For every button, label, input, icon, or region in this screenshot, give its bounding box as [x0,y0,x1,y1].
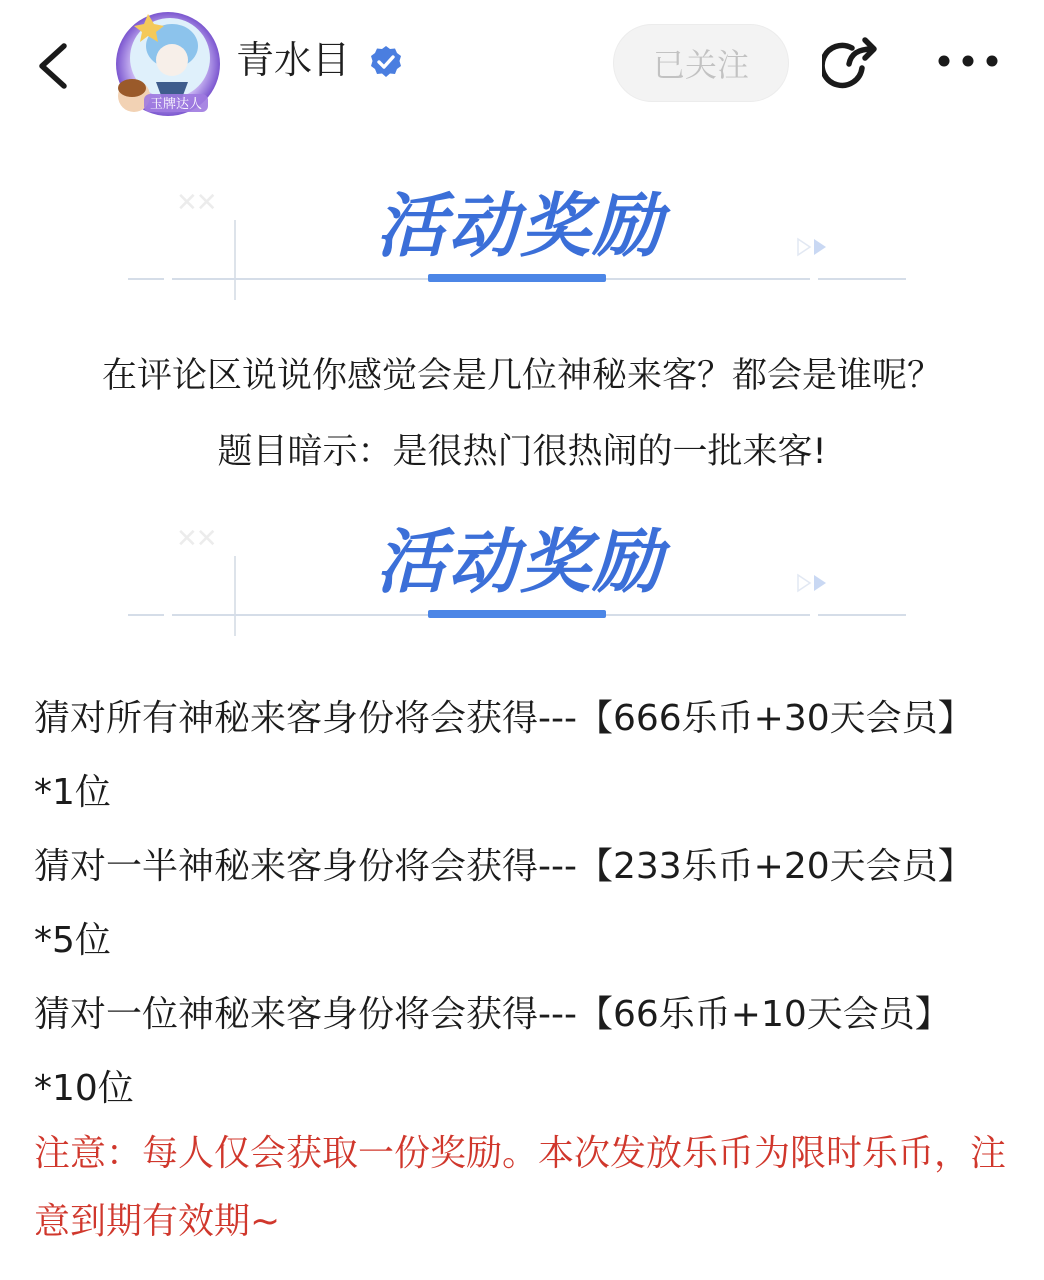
reward-item: 猜对所有神秘来客身份将会获得---【666乐币+30天会员】*1位 [34,682,1014,830]
reward-item: 猜对一半神秘来客身份将会获得---【233乐币+20天会员】*5位 [34,830,1014,978]
decorative-hline [606,614,810,616]
decorative-hline [818,614,906,616]
follow-button[interactable]: 已关注 [613,24,789,102]
verified-badge-icon [368,44,404,80]
more-dots-icon [936,48,1002,74]
decorative-hline [172,278,428,280]
intro-question: 在评论区说说你感觉会是几位神秘来客？都会是谁呢？ [0,354,1044,398]
play-arrows-icon [796,572,836,594]
top-bar: 玉牌达人 青水目 已关注 [0,0,1044,130]
reward-item: 猜对一位神秘来客身份将会获得---【66乐币+10天会员】*10位 [34,978,1014,1126]
decorative-hline [606,278,810,280]
more-button[interactable] [936,48,1002,74]
verified-badge [368,44,404,80]
reward-list: 猜对所有神秘来客身份将会获得---【666乐币+30天会员】*1位 猜对一半神秘… [34,682,1014,1126]
section-banner-activity-rewards: ✕✕ 活动奖励 [120,170,920,310]
notice-text: 注意：每人仅会获取一份奖励。本次发放乐币为限时乐币，注意到期有效期~ [34,1120,1014,1256]
banner-underline [428,274,606,282]
svg-text:玉牌达人: 玉牌达人 [150,96,202,112]
banner-underline [428,610,606,618]
play-arrows-icon [796,236,836,258]
decorative-hline [172,614,428,616]
section-banner-activity-rewards: ✕✕ 活动奖励 [120,506,920,646]
decorative-hline [818,278,906,280]
share-icon [822,34,886,94]
avatar-image-icon: 玉牌达人 [108,6,224,118]
decorative-hline [128,278,164,280]
chevron-left-icon [30,38,80,94]
intro-hint: 题目暗示：是很热门很热闹的一批来客! [0,430,1044,474]
decorative-hline [128,614,164,616]
avatar[interactable]: 玉牌达人 [108,6,224,118]
username[interactable]: 青水目 [236,36,350,84]
share-button[interactable] [822,34,886,94]
back-button[interactable] [30,38,80,94]
